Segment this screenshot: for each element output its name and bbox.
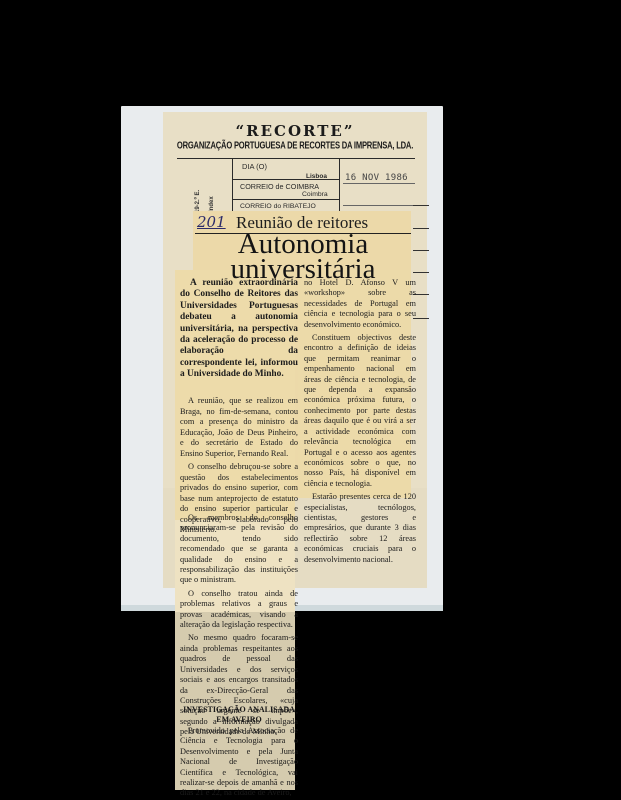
paragraph: A reunião, que se realizou em Braga, no … xyxy=(180,396,298,459)
paragraph: no Hotel D. Afonso V um «workshop» sobre… xyxy=(304,278,416,330)
agency-title: “RECORTE” xyxy=(163,122,427,140)
article-lead: A reunião extraordinária do Conselho de … xyxy=(180,278,298,381)
form-rule-row2 xyxy=(232,199,339,200)
form-row2-city: Coimbra xyxy=(302,191,328,198)
form-divider-left xyxy=(232,158,233,218)
side-label: Index xyxy=(209,196,215,212)
side-code: 19-2.º E. xyxy=(195,190,201,213)
paragraph: Constituem objectivos deste encontro a d… xyxy=(304,333,416,489)
date-rule-2 xyxy=(343,205,415,206)
article-column-2: no Hotel D. Afonso V um «workshop» sobre… xyxy=(304,278,416,568)
agency-subtitle: ORGANIZAÇÃO PORTUGUESA DE RECORTES DA IM… xyxy=(163,140,427,152)
form-rule-top xyxy=(177,158,415,159)
article-headline: Autonomia universitária xyxy=(200,232,406,282)
paragraph: Estarão presentes cerca de 120 especiali… xyxy=(304,492,416,565)
date-stamp: 16 NOV 1986 xyxy=(345,173,408,183)
handwritten-number: 201 xyxy=(197,213,226,231)
form-row1-label: DIA (O) xyxy=(242,162,267,171)
paragraph: Os membros do conselho pronunciaram-se p… xyxy=(180,513,298,586)
date-underline xyxy=(343,183,415,184)
margin-tick xyxy=(413,250,429,251)
margin-tick xyxy=(413,205,429,206)
form-row2-label: CORREIO de COIMBRA xyxy=(240,182,319,191)
form-row1-city: Lisboa xyxy=(306,173,327,180)
margin-tick xyxy=(413,272,429,273)
form-row3-label: CORREIO do RIBATEJO xyxy=(240,203,316,210)
margin-tick xyxy=(413,228,429,229)
shadow-overlay xyxy=(175,612,295,790)
form-divider-right xyxy=(339,158,340,218)
